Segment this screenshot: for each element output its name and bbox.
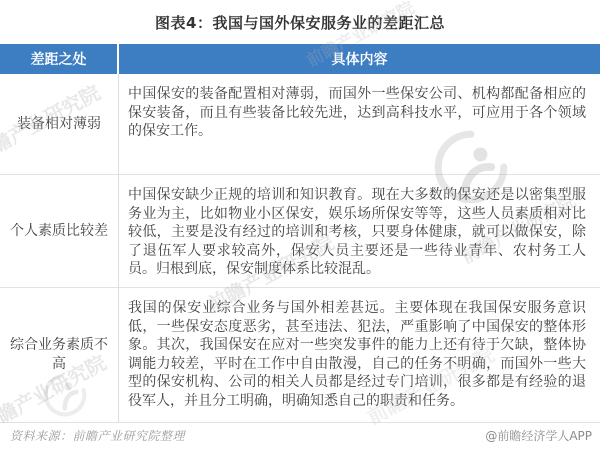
figure-title: 图表4：我国与国外保安服务业的差距汇总 xyxy=(0,0,600,44)
figure-container: 图表4：我国与国外保安服务业的差距汇总 差距之处 具体内容 装备相对薄弱 中国保… xyxy=(0,0,600,452)
row-label-business-quality: 综合业务素质不高 xyxy=(0,288,119,422)
figure-footer: 资料来源：前瞻产业研究院整理 @前瞻经济学人APP xyxy=(0,420,600,452)
column-header-gap-area: 差距之处 xyxy=(0,44,119,74)
row-content-equipment: 中国保安的装备配置相对薄弱，而国外一些保安公司、机构都配备相应的保安装备，而且有… xyxy=(119,74,600,174)
table-header-row: 差距之处 具体内容 xyxy=(0,44,600,74)
table-row: 综合业务素质不高 我国的保安业综合业务与国外相差甚远。主要体现在我国保安服务意识… xyxy=(0,288,600,423)
row-label-equipment: 装备相对薄弱 xyxy=(0,74,119,174)
table-row: 装备相对薄弱 中国保安的装备配置相对薄弱，而国外一些保安公司、机构都配备相应的保… xyxy=(0,74,600,175)
row-label-personal-quality: 个人素质比较差 xyxy=(0,175,119,287)
comparison-table: 差距之处 具体内容 装备相对薄弱 中国保安的装备配置相对薄弱，而国外一些保安公司… xyxy=(0,44,600,423)
table-row: 个人素质比较差 中国保安缺少正规的培训和知识教育。现在大多数的保安还是以密集型服… xyxy=(0,175,600,288)
row-content-personal-quality: 中国保安缺少正规的培训和知识教育。现在大多数的保安还是以密集型服务业为主，比如物… xyxy=(119,175,600,287)
row-content-business-quality: 我国的保安业综合业务与国外相差甚远。主要体现在我国保安服务意识低，一些保安态度恶… xyxy=(119,288,600,422)
column-header-detail: 具体内容 xyxy=(119,44,600,74)
data-source-note: 资料来源：前瞻产业研究院整理 xyxy=(10,427,185,444)
app-credit: @前瞻经济学人APP xyxy=(485,427,592,444)
